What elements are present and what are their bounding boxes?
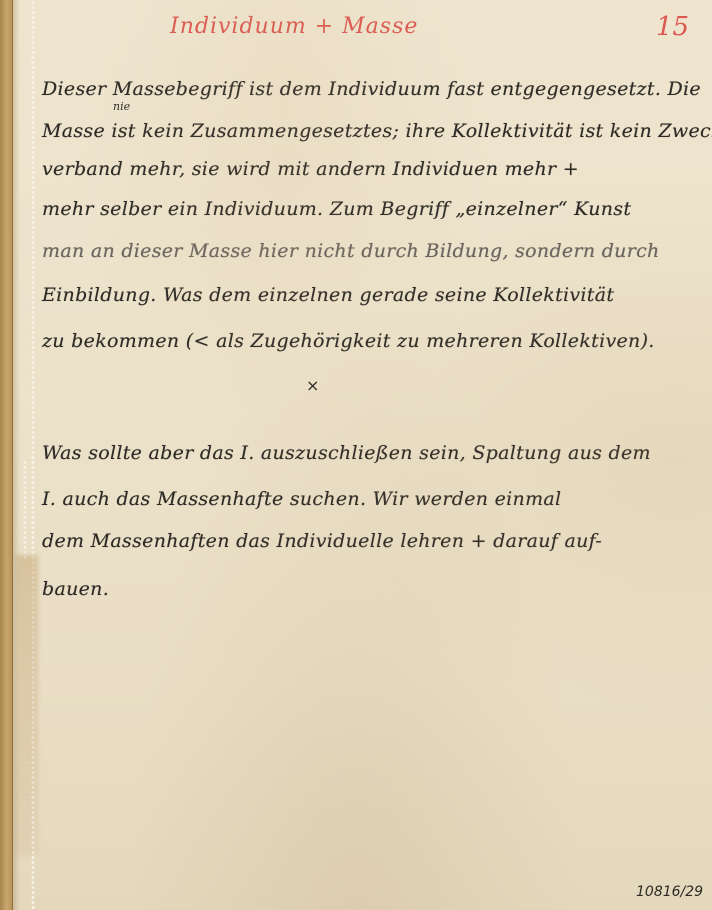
text-line: Dieser Massebegriff ist dem Individuum f… [42,78,701,100]
perforation-edge-secondary [23,460,27,560]
text-line: verband mehr, sie wird mit andern Indivi… [42,158,579,180]
text-line: man an dieser Masse hier nicht durch Bil… [42,240,660,262]
text-line: dem Massenhaften das Individuelle lehren… [42,530,602,552]
section-separator-mark: × [306,376,319,395]
text-line: bauen. [42,578,109,600]
archive-number: 10816/29 [636,884,703,900]
text-line: Was sollte aber das I. auszuschließen se… [42,442,651,464]
manuscript-page: Individuum + Masse 15 nie Dieser Massebe… [0,0,712,910]
page-number: 15 [656,12,689,42]
text-line: Masse ist kein Zusammengesetztes; ihre K… [42,120,712,142]
interlinear-insertion: nie [113,100,130,113]
paper-stain [16,555,38,855]
text-line: I. auch das Massenhafte suchen. Wir werd… [42,488,561,510]
text-line: mehr selber ein Individuum. Zum Begriff … [42,198,631,220]
page-heading: Individuum + Masse [170,14,418,39]
text-line: Einbildung. Was dem einzelnen gerade sei… [42,284,614,306]
text-line: zu bekommen (< als Zugehörigkeit zu mehr… [42,330,655,352]
